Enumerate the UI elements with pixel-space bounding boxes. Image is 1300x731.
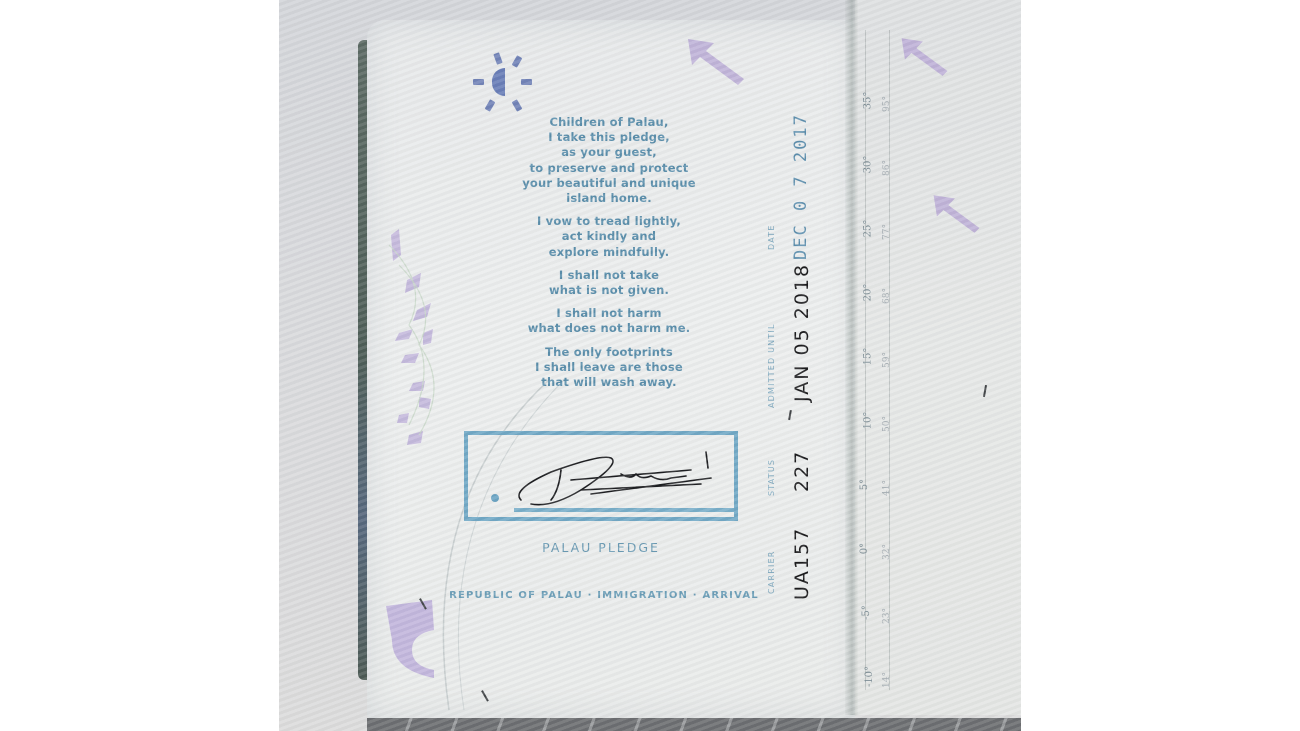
scale-celsius-label: 20° (862, 284, 873, 302)
scale-fahrenheit-label: 41° (882, 480, 892, 496)
watermark-arrow-icon (929, 192, 989, 237)
admitted-until-value: JAN 05 2018 (791, 263, 813, 402)
scale-fahrenheit-label: 86° (882, 160, 892, 176)
palau-pledge-text: Children of Palau,I take this pledge,as … (479, 115, 739, 398)
pledge-line: I take this pledge, (479, 130, 739, 145)
pledge-line: I shall not harm (479, 306, 739, 321)
pledge-stanza: I vow to tread lightly,act kindly andexp… (479, 214, 739, 260)
pledge-stanza: I shall not harmwhat does not harm me. (479, 306, 739, 336)
pledge-line: your beautiful and unique (479, 176, 739, 191)
admitted-until-label: ADMITTED UNTIL (767, 323, 776, 408)
stamp-dot (491, 494, 499, 502)
pledge-line: act kindly and (479, 229, 739, 244)
pledge-line: I vow to tread lightly, (479, 214, 739, 229)
scale-fahrenheit-label: 59° (882, 352, 892, 368)
pledge-line: I shall not take (479, 268, 739, 283)
scale-celsius-label: -10° (864, 666, 875, 687)
pledge-line: that will wash away. (479, 375, 739, 390)
pledge-line: I shall leave are those (479, 360, 739, 375)
scale-fahrenheit-label: 95° (882, 96, 892, 112)
carrier-value: UA157 (791, 527, 813, 600)
scale-celsius-label: 0° (859, 543, 870, 554)
scale-celsius-label: -5° (861, 605, 872, 620)
watermark-arrow-icon (897, 35, 957, 80)
scale-fahrenheit-label: 32° (882, 544, 892, 560)
pledge-line: what is not given. (479, 283, 739, 298)
passport-page-right (855, 0, 1021, 715)
status-value: 227 (791, 450, 813, 492)
date-value: DEC 0 7 2017 (791, 113, 811, 260)
scale-fahrenheit-label: 50° (882, 416, 892, 432)
pledge-line: The only footprints (479, 345, 739, 360)
pledge-line: as your guest, (479, 145, 739, 160)
scale-celsius-label: 5° (859, 479, 870, 490)
watermark-arrow-icon (684, 35, 754, 90)
sun-icon (471, 50, 535, 114)
pledge-line: explore mindfully. (479, 245, 739, 260)
date-label: DATE (767, 224, 776, 250)
stamp-title: PALAU PLEDGE (464, 540, 738, 555)
status-label: STATUS (767, 459, 776, 496)
pledge-stanza: Children of Palau,I take this pledge,as … (479, 115, 739, 206)
pledge-line: Children of Palau, (479, 115, 739, 130)
scale-celsius-label: 35° (862, 92, 873, 110)
pledge-stanza: I shall not takewhat is not given. (479, 268, 739, 298)
page-gutter (845, 0, 859, 715)
scale-celsius-label: 25° (862, 220, 873, 238)
passport-photo: Children of Palau,I take this pledge,as … (279, 0, 1021, 731)
pledge-line: to preserve and protect (479, 161, 739, 176)
scale-celsius-label: 15° (862, 348, 873, 366)
scale-fahrenheit-label: 23° (882, 608, 892, 624)
scale-celsius-label: 30° (862, 156, 873, 174)
carrier-label: CARRIER (767, 550, 776, 594)
signature (511, 450, 721, 510)
pledge-line: what does not harm me. (479, 321, 739, 336)
pledge-line: island home. (479, 191, 739, 206)
scale-fahrenheit-label: 68° (882, 288, 892, 304)
scale-celsius-label: 10° (862, 412, 873, 430)
scale-fahrenheit-label: 77° (882, 224, 892, 240)
scale-fahrenheit-label: 14° (882, 672, 892, 688)
stamp-footer: REPUBLIC OF PALAU · IMMIGRATION · ARRIVA… (429, 590, 779, 601)
pledge-stanza: The only footprintsI shall leave are tho… (479, 345, 739, 391)
